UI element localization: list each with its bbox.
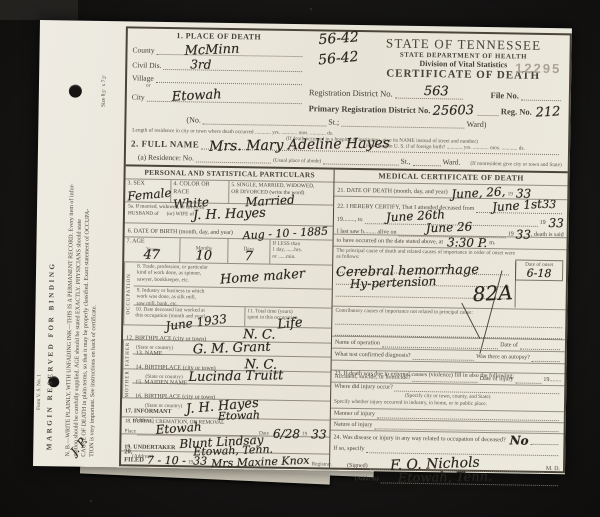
autopsy-label: Was there an autopsy? [476, 353, 530, 361]
paper-size-note: Size 8½ x 7½ [101, 29, 108, 107]
filed-date-handwriting: 7 - 10 - [147, 455, 186, 467]
registration-district-label: Registration District No. [309, 87, 393, 98]
test-label: What test confirmed diagnosis? [335, 351, 411, 360]
file-no-label: File No. [490, 90, 518, 100]
age-years-cell: 7. AGE Years 47 [124, 237, 180, 262]
village-label: Village [132, 73, 154, 82]
death-date-year-prefix: 19 [508, 191, 513, 197]
dotted-leader [323, 156, 398, 165]
ward-label-2: Ward. [442, 157, 460, 166]
certify-line-2: 19........, to [337, 216, 363, 224]
contributory-block: Contributory causes of importance not re… [332, 306, 565, 340]
primary-registration-value-handwriting: 25603 [432, 104, 474, 118]
personal-statistical-column: PERSONAL AND STATISTICAL PARTICULARS 3. … [121, 166, 335, 467]
occurred-meridiem: m. [489, 240, 495, 248]
form-number: Form V. S. No. 1 [36, 330, 43, 410]
dotted-leader [413, 374, 478, 383]
spouse-value-handwriting: J. H. Hayes [193, 207, 266, 223]
photostat-background: Size 8½ x 7½ MARGIN RESERVED FOR BINDING… [0, 0, 600, 517]
father-group: FATHER 13. NAME G. M. Grant 14. BIRTHPLA… [123, 339, 331, 371]
death-certificate-sheet: Size 8½ x 7½ MARGIN RESERVED FOR BINDING… [33, 20, 572, 474]
stamped-serial-number: 12295 [515, 60, 561, 76]
informant-label: 17. INFORMANT [125, 408, 172, 415]
nature-label: Nature of injury [334, 421, 373, 429]
registration-district-value-handwriting: 563 [424, 85, 449, 98]
filed-year-handwriting: 33 [193, 455, 207, 466]
nonresident-note: (If nonresident give city or town and St… [470, 160, 561, 168]
file-codes-block: 56-42 56-42 [305, 31, 372, 66]
operation-date-label: Date of [500, 342, 518, 350]
primary-registration-label: Primary Registration District No. [309, 103, 431, 115]
city-line: City Etowah [132, 87, 304, 104]
dotted-leader [413, 352, 475, 361]
age-days-cell: Days 7 [228, 239, 270, 264]
registrar-handwriting: Mrs Maxine Knox [211, 455, 310, 470]
attended-from-year-handwriting: 33 [542, 199, 556, 210]
injury-date-label: Date of injury [480, 375, 514, 383]
residence-label: (a) Residence: No. [138, 153, 194, 163]
sex-color-marital-row: 3. SEX Female 4. COLOR OR RACE White 5. … [125, 178, 333, 204]
color-cell: 4. COLOR OR RACE White [171, 180, 229, 203]
md-label: M. D. [546, 466, 560, 474]
primary-registration-line: Primary Registration District No. 25603 … [309, 102, 563, 117]
spouse-label-3: (or) WIFE of [167, 211, 194, 218]
age-months-value-handwriting: 10 [182, 250, 225, 264]
mother-side-label: MOTHER [122, 369, 132, 397]
if-less-3: or ......min. [272, 253, 330, 260]
dotted-leader [147, 94, 302, 104]
binding-margin-label: MARGIN RESERVED FOR BINDING [45, 170, 57, 450]
full-name-value-handwriting: Mrs. Mary Adeline Hayes [209, 136, 390, 153]
occupation-group: OCCUPATION 8. Trade, profession, or part… [123, 261, 332, 327]
reg-no-label: Reg. No. [501, 106, 532, 116]
date-of-onset-box: Date of onset 6-18 [515, 259, 563, 281]
file-code-handwriting-1: 56-42 [305, 29, 372, 48]
sex-value-handwriting: Female [127, 186, 169, 202]
marital-cell: 5. SINGLE, MARRIED, WIDOWED, OR DIVORCED… [229, 181, 333, 205]
film-edge-artifact [0, 0, 78, 20]
state-name: STATE OF TENNESSEE [364, 35, 564, 54]
mother-rows: 15. MAIDEN NAME Lucinda Truitt 16. BIRTH… [132, 369, 330, 400]
dotted-leader [203, 117, 327, 127]
father-side-label: FATHER [123, 340, 133, 368]
registrar-label: Registrar. [312, 461, 333, 468]
mother-group: MOTHER 15. MAIDEN NAME Lucinda Truitt 16… [122, 368, 330, 400]
where-injury-label: Where did injury occur? [334, 383, 393, 391]
abode-note: (Usual place of abode) [273, 157, 321, 164]
father-rows: 13. NAME G. M. Grant 14. BIRTHPLACE (cit… [133, 340, 331, 371]
operation-label: Name of operation [335, 339, 380, 347]
sex-cell: 3. SEX Female [125, 179, 171, 202]
age-days-value-handwriting: 7 [230, 250, 267, 264]
principal-cause-block: The principal cause of death and related… [333, 246, 567, 310]
no-label: (No. [186, 115, 201, 124]
certificate-form: 1. PLACE OF DEATH County McMinn Civil Di… [119, 26, 572, 473]
last-worked-cell: 10. Date deceased last worked at this oc… [133, 306, 245, 327]
reg-no-value-handwriting: 212 [535, 105, 560, 119]
city-label: City [132, 92, 145, 101]
mother-name-value-handwriting: Lucinda Truitt [188, 369, 283, 384]
dotted-leader [532, 354, 560, 362]
accident-label: Accident, suicide, or homicide? [334, 373, 410, 382]
county-value-handwriting: McMinn [184, 43, 239, 58]
trade-row: 8. Trade, profession, or particular kind… [134, 263, 332, 289]
file-code-handwriting-2: 56-42 [305, 49, 372, 69]
ward-label: Ward) [467, 120, 487, 129]
dotted-leader [196, 154, 271, 163]
last-seen-handwriting: June 26 [426, 221, 473, 235]
attended-from-handwriting: June 1st [492, 198, 543, 214]
injury-19: 19........ [543, 376, 561, 384]
county-line: County McMinn [132, 39, 304, 57]
age-row: 7. AGE Years 47 Months 10 Days 7 [124, 236, 332, 264]
film-speck [90, 500, 92, 502]
cause-line-1: Cerebral hemorrhage [336, 260, 509, 275]
age-years-value-handwriting: 47 [126, 248, 177, 262]
certify-line-2-year: 19 [540, 219, 546, 227]
county-label: County [132, 45, 154, 54]
film-speck [310, 8, 312, 10]
medical-certificate-column: MEDICAL CERTIFICATE OF DEATH 21. DATE OF… [330, 170, 568, 472]
registration-district-line: Registration District No. 563 File No. [309, 87, 563, 101]
dotted-leader [395, 384, 560, 395]
st-label: St.; [328, 118, 339, 127]
dotted-leader [478, 108, 499, 116]
city-value-handwriting: Etowah [172, 88, 222, 104]
filed-label: 20. FILED [124, 448, 144, 465]
dotted-leader [515, 376, 541, 384]
spouse-label-2: HUSBAND of [128, 210, 159, 217]
civil-district-value-handwriting: 3rd [190, 58, 211, 70]
dotted-leader [412, 158, 440, 166]
dotted-leader [521, 93, 561, 102]
civil-district-label: Civil Dis. [132, 60, 161, 69]
cause-2-handwriting: Hy-pertension [350, 275, 437, 290]
dotted-leader [520, 342, 560, 351]
manner-label: Manner of injury [334, 410, 375, 418]
if-so-label: If so, specify [333, 445, 364, 453]
dotted-leader [341, 119, 465, 129]
full-name-label: 2. FULL NAME [131, 138, 199, 149]
filed-row: 20. FILED 7 - 10 - 19 33 Mrs Maxine Knox… [121, 450, 329, 468]
attended-to-year-handwriting: 33 [548, 217, 563, 229]
occupation-rows: 8. Trade, profession, or particular kind… [133, 263, 332, 328]
onset-date-handwriting: 6-18 [517, 268, 561, 280]
place-of-death-block: 1. PLACE OF DEATH County McMinn Civil Di… [132, 30, 305, 104]
street-label: St., [400, 157, 410, 166]
age-months-cell: Months 10 [180, 238, 228, 263]
form-columns: PERSONAL AND STATISTICAL PARTICULARS 3. … [121, 164, 568, 471]
total-time-cell: 11. Total time (years) spent in this occ… [245, 307, 331, 327]
village-line: Village [132, 69, 304, 85]
physician-address-handwriting: Etowah, Tenn. [398, 471, 493, 486]
certify-row: 22. I HEREBY CERTIFY, That I attended de… [334, 196, 568, 238]
if-less-cell: If LESS than 1 day, ......hrs. or ......… [270, 240, 332, 265]
signed-label: (Signed) [347, 462, 368, 470]
dotted-leader [531, 437, 559, 445]
address-label: (Address) [355, 476, 379, 484]
onset-column-rule [515, 261, 517, 307]
